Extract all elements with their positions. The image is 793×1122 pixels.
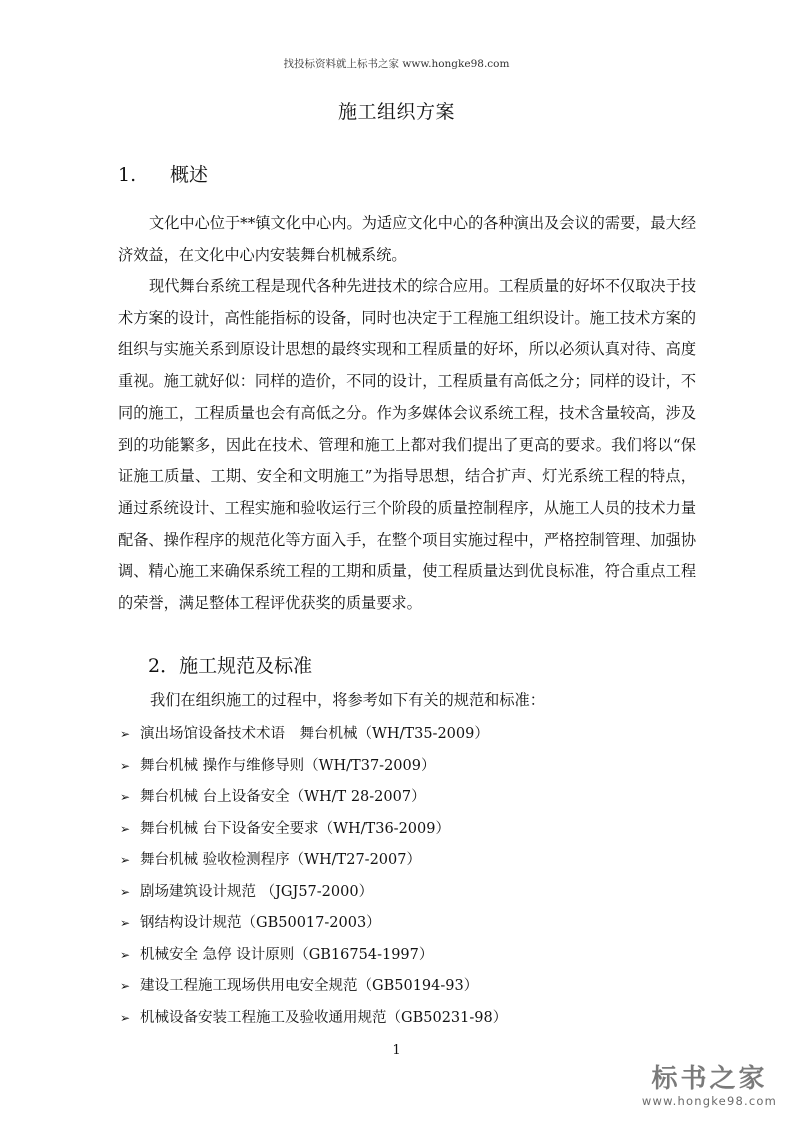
page-header: 找投标资料就上标书之家 www.hongke98.com [0, 56, 793, 71]
list-item: ➢建设工程施工现场供用电安全规范（GB50194-93） [120, 971, 507, 1003]
page-number: 1 [0, 1043, 793, 1058]
arrow-bullet-icon: ➢ [120, 971, 140, 1003]
standard-text: 机械安全 急停 设计原则（GB16754-1997） [140, 940, 433, 972]
arrow-bullet-icon: ➢ [120, 845, 140, 877]
paragraph-overview-1: 文化中心位于**镇文化中心内。为适应文化中心的各种演出及会议的需要，最大经济效益… [118, 208, 696, 271]
standard-text: 钢结构设计规范（GB50017-2003） [140, 908, 381, 940]
list-item: ➢机械设备安装工程施工及验收通用规范（GB50231-98） [120, 1003, 507, 1035]
list-item: ➢机械安全 急停 设计原则（GB16754-1997） [120, 940, 507, 972]
section-1-number: 1. [118, 164, 170, 186]
section-1-heading: 1.概述 [118, 160, 208, 187]
standard-text: 演出场馆设备技术术语 舞台机械（WH/T35-2009） [140, 719, 489, 751]
standards-list: ➢演出场馆设备技术术语 舞台机械（WH/T35-2009） ➢舞台机械 操作与维… [120, 719, 507, 1034]
arrow-bullet-icon: ➢ [120, 751, 140, 783]
list-item: ➢舞台机械 验收检测程序（WH/T27-2007） [120, 845, 507, 877]
standard-text: 机械设备安装工程施工及验收通用规范（GB50231-98） [140, 1003, 507, 1035]
standard-text: 舞台机械 台上设备安全（WH/T 28-2007） [140, 782, 426, 814]
arrow-bullet-icon: ➢ [120, 1003, 140, 1035]
standard-text: 舞台机械 验收检测程序（WH/T27-2007） [140, 845, 421, 877]
section-1-title: 概述 [170, 164, 208, 186]
list-item: ➢舞台机械 台下设备安全要求（WH/T36-2009） [120, 814, 507, 846]
watermark-logo-text: 标书之家 [642, 1064, 777, 1094]
arrow-bullet-icon: ➢ [120, 877, 140, 909]
list-item: ➢钢结构设计规范（GB50017-2003） [120, 908, 507, 940]
list-item: ➢舞台机械 台上设备安全（WH/T 28-2007） [120, 782, 507, 814]
arrow-bullet-icon: ➢ [120, 940, 140, 972]
arrow-bullet-icon: ➢ [120, 782, 140, 814]
list-item: ➢演出场馆设备技术术语 舞台机械（WH/T35-2009） [120, 719, 507, 751]
standard-text: 舞台机械 台下设备安全要求（WH/T36-2009） [140, 814, 450, 846]
arrow-bullet-icon: ➢ [120, 814, 140, 846]
standard-text: 建设工程施工现场供用电安全规范（GB50194-93） [140, 971, 478, 1003]
watermark-url: www.hongke98.com [642, 1094, 777, 1108]
section-2-intro: 我们在组织施工的过程中，将参考如下有关的规范和标准： [150, 689, 545, 710]
standard-text: 舞台机械 操作与维修导则（WH/T37-2009） [140, 751, 435, 783]
list-item: ➢舞台机械 操作与维修导则（WH/T37-2009） [120, 751, 507, 783]
list-item: ➢剧场建筑设计规范 （JGJ57-2000） [120, 877, 507, 909]
document-title: 施工组织方案 [0, 97, 793, 124]
standard-text: 剧场建筑设计规范 （JGJ57-2000） [140, 877, 373, 909]
section-2-heading: 2．施工规范及标准 [148, 651, 312, 678]
watermark-logo: 标书之家 www.hongke98.com [642, 1064, 777, 1108]
arrow-bullet-icon: ➢ [120, 908, 140, 940]
paragraph-overview-2: 现代舞台系统工程是现代各种先进技术的综合应用。工程质量的好坏不仅取决于技术方案的… [118, 271, 696, 620]
arrow-bullet-icon: ➢ [120, 719, 140, 751]
